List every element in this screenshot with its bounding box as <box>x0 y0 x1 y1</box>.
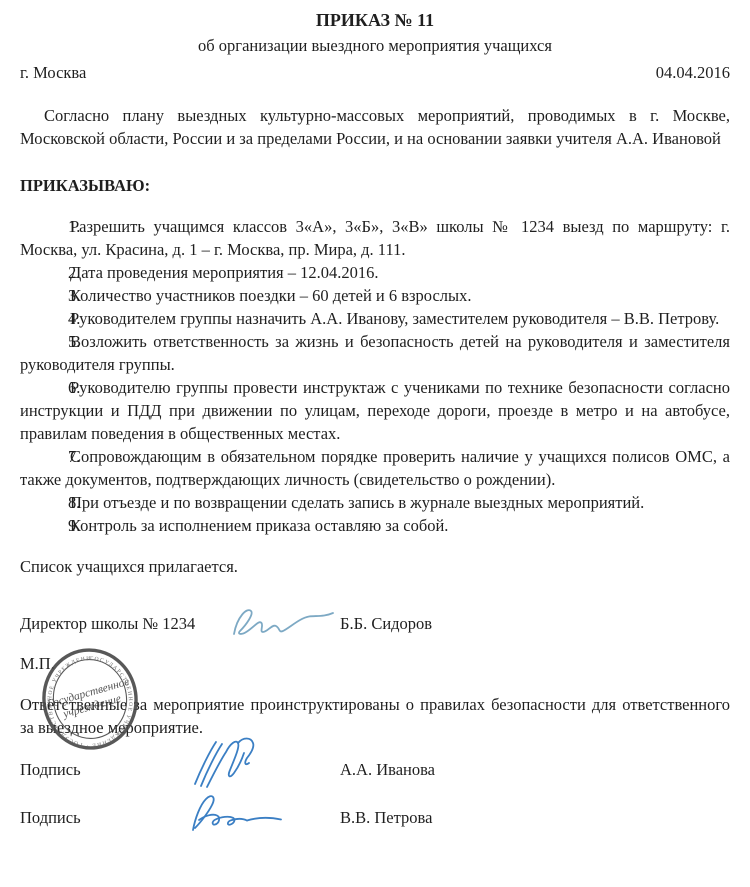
order-item: 3.Количество участников поездки – 60 дет… <box>20 284 730 307</box>
order-item: 8.При отъезде и по возвращении сделать з… <box>20 491 730 514</box>
responsibility-note: Ответственные за мероприятие проинструкт… <box>20 693 730 739</box>
ivanova-signature-icon <box>185 750 340 788</box>
order-document-page: ПРИКАЗ № 11 об организации выездного мер… <box>0 0 750 887</box>
item-text: Количество участников поездки – 60 детей… <box>70 286 471 305</box>
item-text: Разрешить учащимся классов 3«А», 3«Б», 3… <box>20 217 730 259</box>
seal-place-row: М.П. <box>20 652 730 675</box>
order-item: 9.Контроль за исполнением приказа оставл… <box>20 514 730 537</box>
item-text: Возложить ответственность за жизнь и без… <box>20 332 730 374</box>
item-text: Контроль за исполнением приказа оставляю… <box>70 516 448 535</box>
order-items-list: 1.Разрешить учащимся классов 3«А», 3«Б»,… <box>20 215 730 537</box>
order-city: г. Москва <box>20 61 86 84</box>
item-number: 3. <box>44 284 70 307</box>
signature-row-ivanova: Подпись А.А. Иванова <box>20 747 730 791</box>
order-item: 2.Дата проведения мероприятия – 12.04.20… <box>20 261 730 284</box>
petrova-signature-icon <box>185 800 340 834</box>
seal-place-label: М.П. <box>20 654 55 673</box>
order-item: 7.Сопровождающим в обязательном порядке … <box>20 445 730 491</box>
item-number: 9. <box>44 514 70 537</box>
item-number: 8. <box>44 491 70 514</box>
item-text: Дата проведения мероприятия – 12.04.2016… <box>70 263 379 282</box>
order-title: ПРИКАЗ № 11 <box>20 8 730 32</box>
order-item: 5.Возложить ответственность за жизнь и б… <box>20 330 730 376</box>
director-signature-row: Директор школы № 1234 Б.Б. Сидоров <box>20 602 730 644</box>
item-text: При отъезде и по возвращении сделать зап… <box>70 493 644 512</box>
item-text: Руководителю группы провести инструктаж … <box>20 378 730 443</box>
order-item: 6.Руководителю группы провести инструкта… <box>20 376 730 445</box>
signature-label: Подпись <box>20 758 185 781</box>
ivanova-name: А.А. Иванова <box>340 758 435 781</box>
director-name: Б.Б. Сидоров <box>340 612 432 635</box>
item-number: 5. <box>44 330 70 353</box>
director-signature-icon <box>230 604 340 642</box>
order-item: 4.Руководителем группы назначить А.А. Ив… <box>20 307 730 330</box>
attachment-note: Список учащихся прилагается. <box>20 555 730 578</box>
intro-paragraph: Согласно плану выездных культурно-массов… <box>20 104 730 150</box>
order-date: 04.04.2016 <box>656 61 730 84</box>
signature-label: Подпись <box>20 806 185 829</box>
item-text: Руководителем группы назначить А.А. Иван… <box>70 309 719 328</box>
signature-row-petrova: Подпись В.В. Петрова <box>20 795 730 839</box>
order-item: 1.Разрешить учащимся классов 3«А», 3«Б»,… <box>20 215 730 261</box>
petrova-name: В.В. Петрова <box>340 806 432 829</box>
order-subtitle: об организации выездного мероприятия уча… <box>20 34 730 58</box>
item-number: 6. <box>44 376 70 399</box>
order-heading: ПРИКАЗЫВАЮ: <box>20 174 730 197</box>
item-number: 1. <box>44 215 70 238</box>
item-text: Сопровождающим в обязательном порядке пр… <box>20 447 730 489</box>
director-label: Директор школы № 1234 <box>20 612 230 635</box>
item-number: 2. <box>44 261 70 284</box>
place-date-row: г. Москва 04.04.2016 <box>20 61 730 84</box>
item-number: 7. <box>44 445 70 468</box>
item-number: 4. <box>44 307 70 330</box>
